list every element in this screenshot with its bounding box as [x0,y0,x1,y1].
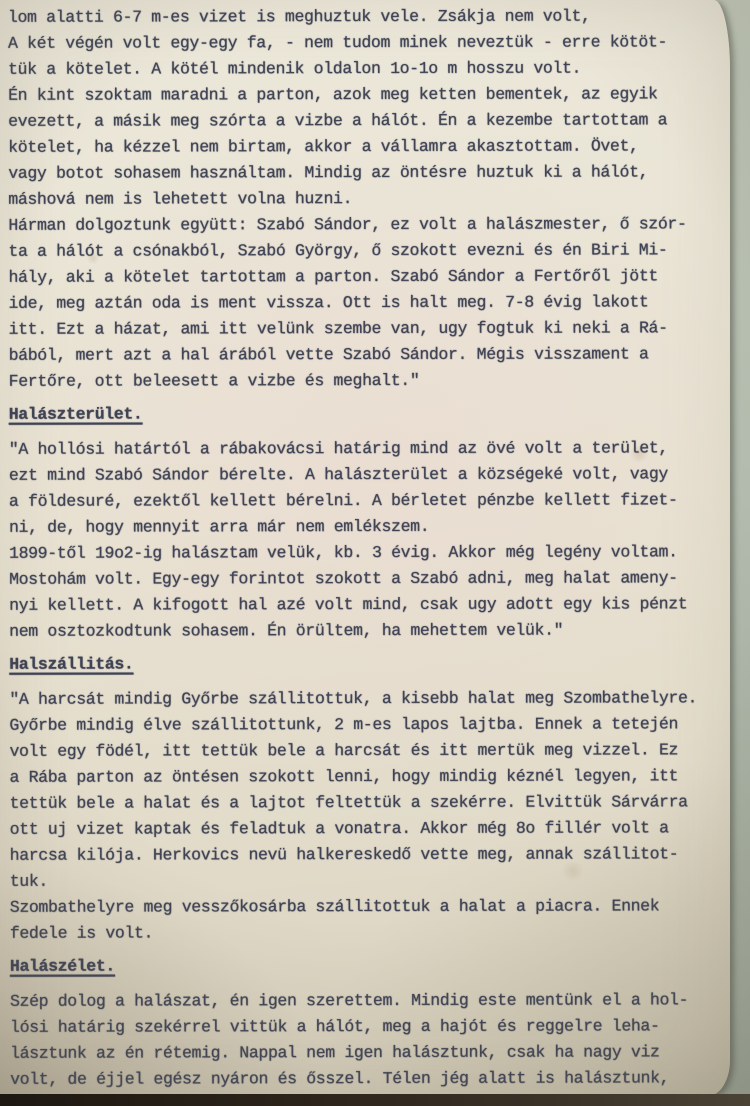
text-line: Győrbe mindig élve szállitottunk, 2 m-es… [9,711,728,739]
text-line: tük a kötelet. A kötél mindenik oldalon … [8,55,727,83]
text-line: lásztunk az én rétemig. Nappal nem igen … [10,1039,729,1067]
text-line: a földesuré, ezektől kellett bérelni. A … [9,487,728,515]
photo-dark-bottom-edge [0,1094,750,1106]
text-line: volt, de éjjel egész nyáron és ősszel. T… [10,1065,729,1093]
text-line: Hárman dolgoztunk együtt: Szabó Sándor, … [8,211,727,239]
typewritten-text: lom alatti 6-7 m-es vizet is meghuztuk v… [8,0,729,1093]
section-heading-halaszterulet: Halászterület. [9,401,143,427]
text-line: Szombathelyre meg vesszőkosárba szállito… [10,893,729,921]
text-line: Én kint szoktam maradni a parton, azok m… [8,81,727,109]
section-heading-halaszelet: Halászélet. [10,954,115,980]
text-line: ott uj vizet kaptak és feladtuk a vonatr… [10,815,729,843]
text-line: evezett, a másik meg szórta a vizbe a há… [8,107,727,135]
text-line: volt egy födél, itt tettük bele a harcsá… [9,737,728,765]
scanned-photo: lom alatti 6-7 m-es vizet is meghuztuk v… [0,0,750,1106]
text-line: nem osztozkodtunk sohasem. Én örültem, h… [9,617,728,645]
text-line: ta a hálót a csónakból, Szabó György, ő … [8,237,727,265]
text-line: lom alatti 6-7 m-es vizet is meghuztuk v… [8,3,727,31]
text-line: ide, meg aztán oda is ment vissza. Ott i… [8,289,727,317]
text-line: 1899-től 19o2-ig halásztam velük, kb. 3 … [9,539,728,567]
text-line: itt. Ezt a házat, ami itt velünk szembe … [9,315,728,343]
text-line: Mostohám volt. Egy-egy forintot szokott … [9,565,728,593]
text-line: vagy botot sohasem használtam. Mindig az… [8,159,727,187]
text-line: lósi határig szekérrel vittük a hálót, m… [10,1013,729,1041]
text-line: hály, aki a kötelet tartottam a parton. … [8,263,727,291]
text-line: Szép dolog a halászat, én igen szerettem… [10,987,729,1015]
text-line: "A hollósi határtól a rábakovácsi határi… [9,435,728,463]
text-line: a Rába parton az öntésen szokott lenni, … [9,763,728,791]
section-heading-halszallitas: Halszállitás. [9,651,133,677]
text-line: bából, mert azt a hal árából vette Szabó… [9,341,728,369]
text-line: Fertőre, ott beleesett a vizbe és meghal… [9,367,728,395]
text-line: ni, de, hogy mennyit arra már nem emléks… [9,513,728,541]
text-line: ezt mind Szabó Sándor bérelte. A halászt… [9,461,728,489]
text-line: A két végén volt egy-egy fa, - nem tudom… [8,29,727,57]
text-line: "A harcsát mindig Győrbe szállitottuk, a… [9,685,728,713]
text-line: fedele is volt. [10,919,729,947]
document-page: lom alatti 6-7 m-es vizet is meghuztuk v… [0,0,730,1096]
text-line: nyi kellett. A kifogott hal azé volt min… [9,591,728,619]
text-line: máshová nem is lehetett volna huzni. [8,185,727,213]
text-line: tettük bele a halat és a lajtot feltettü… [10,789,729,817]
text-line: kötelet, ha kézzel nem birtam, akkor a v… [8,133,727,161]
text-line: harcsa kilója. Herkovics nevü halkereske… [10,841,729,869]
text-line: tuk. [10,867,729,895]
